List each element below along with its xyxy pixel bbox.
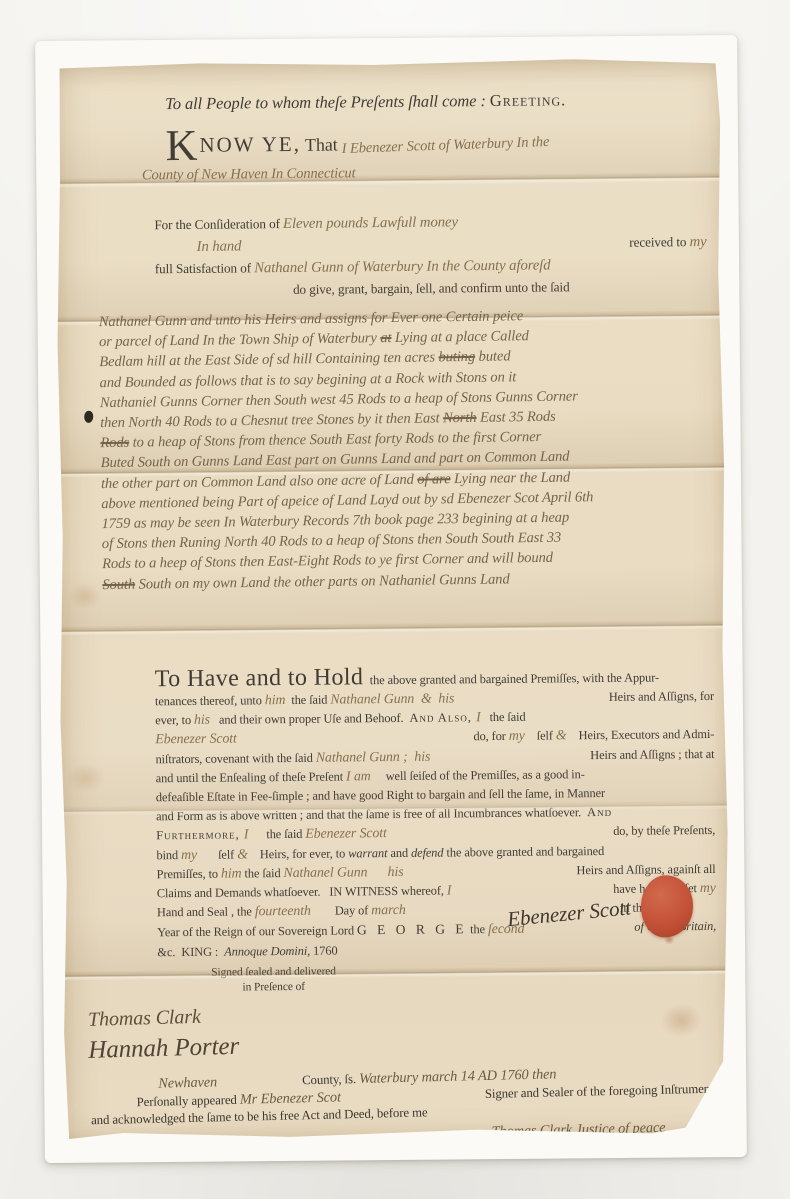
line-part: do, by theſe Preſents,	[613, 821, 715, 841]
fold-crease	[58, 620, 726, 636]
document-line: KNOW YE, That I Ebenezer Scott of Waterb…	[165, 123, 703, 165]
stain	[660, 1003, 702, 1037]
handwritten-text: Bedlam hill at the East Side of sd hill …	[99, 350, 438, 371]
printed-text: defend	[411, 845, 444, 859]
printed-text: To all People to whom theſe Preſents ſha…	[165, 91, 490, 113]
handwritten-text: march	[371, 903, 406, 918]
fold-crease	[62, 965, 730, 981]
line-part: Claims and Demands whatſoever. IN WITNES…	[157, 882, 452, 904]
printed-text: Premiſſes, to	[157, 867, 221, 882]
handwritten-text: South	[102, 576, 135, 592]
handwritten-text: buted	[475, 349, 511, 365]
printed-text: ſelf	[525, 729, 556, 743]
handwritten-text: East 35 Rods	[476, 409, 555, 426]
know-ye-line: KNOW YE, That I Ebenezer Scott of Waterb…	[165, 123, 704, 184]
handwritten-text: my	[509, 729, 525, 744]
printed-text: and their own proper Uſe and Behoof.	[210, 711, 410, 727]
printed-text: do, for	[473, 729, 508, 743]
handwritten-text: at	[380, 330, 391, 346]
line-part: do, for my ſelf & Heirs, Executors and A…	[473, 725, 714, 747]
deed-document: To all People to whom theſe Preſents ſha…	[53, 57, 731, 1141]
printed-text: do give, grant, bargain, ſell, and confi…	[293, 279, 570, 297]
handwritten-text: the other part on Common Land also one a…	[101, 471, 418, 491]
printed-text: bind	[156, 848, 181, 862]
printed-text: do, by theſe Preſents,	[613, 823, 715, 838]
printed-text: received to	[629, 234, 689, 250]
attestation-clause: Signed ſealed and delivered in Preſence …	[174, 964, 374, 996]
handwritten-text: him	[221, 866, 242, 881]
document-line: do give, grant, bargain, ſell, and confi…	[293, 275, 707, 300]
printed-text: and	[387, 846, 411, 860]
line-part: Premiſſes, to him the ſaid Nathanel Gunn…	[157, 863, 404, 885]
printed-text: the above granted and bargained	[443, 844, 604, 860]
handwritten-text: I am	[346, 769, 371, 784]
stain	[66, 763, 106, 793]
printed-text: &c. KING :	[157, 944, 224, 959]
handwritten-text: buting	[438, 349, 475, 366]
handwritten-text: my	[689, 234, 706, 250]
printed-text: the	[467, 923, 488, 937]
printed-text: Heirs, for ever, to	[248, 846, 348, 861]
printed-text: niſtrators, covenant with the ſaid	[155, 750, 315, 766]
handwritten-text: Nathanel Gunn his	[283, 865, 403, 881]
know-ye-caps: NOW YE,	[199, 132, 301, 157]
know-ye-that: That	[301, 134, 342, 154]
handwritten-text: him	[265, 693, 286, 708]
printed-text: Claims and Demands whatſoever. IN WITNES…	[157, 884, 447, 901]
printed-text: And Also,	[409, 710, 476, 725]
line-part: Hand and Seal , the fourteenth Day of ma…	[157, 901, 406, 923]
attestation-line: in Preſence of	[174, 979, 374, 996]
printed-text: the ſaid	[285, 693, 330, 707]
printed-text: 1760	[313, 943, 338, 957]
printed-text: G E O R G E	[357, 922, 467, 938]
printed-text	[217, 1084, 302, 1086]
handwritten-text: &	[556, 729, 567, 744]
printed-text: Hand and Seal , the	[157, 905, 255, 920]
printed-text: the ſaid	[480, 710, 525, 724]
printed-text: well ſeiſed of the Premiſſes, as a good …	[371, 767, 585, 783]
printed-text: tenances thereof, unto	[155, 693, 265, 708]
printed-text: County, ſs.	[302, 1072, 359, 1087]
printed-text: Perſonally appeared	[137, 1092, 240, 1108]
stain	[68, 583, 102, 609]
handwritten-text: Mr Ebenezer Scot	[240, 1089, 341, 1107]
ink-blot	[84, 411, 93, 423]
drop-cap: K	[165, 121, 199, 170]
handwritten-text: his	[194, 713, 210, 728]
handwritten-text: Ebenezer Scott	[155, 732, 237, 748]
printed-text: and Form as is above written ; and that …	[156, 805, 587, 823]
printed-text: Day of	[311, 903, 372, 918]
printed-text: Furthermore,	[156, 828, 244, 843]
printed-text: Year of the Reign of our Sovereign Lord	[157, 924, 357, 940]
document-section-consideration: For the Conſideration of Eleven pounds L…	[154, 209, 707, 301]
handwritten-text: my	[700, 881, 716, 896]
printed-text: ſelf	[197, 847, 237, 861]
handwritten-text: then North 40 Rods to a Chesnut tree Sto…	[100, 410, 443, 431]
line-part: Year of the Reign of our Sovereign Lord …	[157, 919, 524, 943]
handwritten-text: South on my own Land the other parts on …	[135, 571, 510, 592]
grantor-county-hand: County of New Haven In Connecticut	[142, 162, 704, 184]
handwritten-text: Lying at a place Called	[391, 328, 529, 346]
printed-text: To Have and to Hold	[155, 664, 370, 692]
document-section-land-description: Nathanel Gunn and unto his Heirs and ass…	[99, 304, 699, 595]
line-part: Heirs and Aſſigns, againſt all	[576, 860, 715, 881]
grantor-name-hand: I Ebenezer Scott of Waterbury In the	[341, 125, 550, 166]
printed-text: warrant	[348, 846, 387, 860]
printed-text: the above granted and bargained Premiſſe…	[370, 670, 659, 687]
printed-text: Heirs, Executors and Admi-	[567, 727, 715, 742]
printed-text: full Satisfaction of	[155, 260, 254, 276]
printed-text: Heirs and Aſſigns, againſt all	[576, 862, 715, 877]
witness-signature: Thomas Clark	[88, 1003, 309, 1032]
witness-signature: Hannah Porter	[88, 1031, 309, 1065]
printed-text: the ſaid	[248, 827, 305, 842]
line-part: Heirs and Aſſigns ; that at	[590, 745, 714, 765]
handwritten-text: Eleven pounds Lawfull money	[283, 214, 458, 232]
handwritten-text: Rods	[100, 435, 129, 451]
printed-text: Annoque Domini,	[224, 943, 313, 958]
line-part: received to my	[629, 231, 707, 254]
printed-text: Heirs and Aſſigns, for	[609, 689, 714, 704]
handwritten-text: I	[447, 884, 452, 899]
line-part: Furthermore, I the ſaid Ebenezer Scott	[156, 825, 387, 846]
handwritten-text: fourteenth	[255, 904, 311, 920]
printed-text: the ſaid	[241, 866, 283, 880]
line-part: niſtrators, covenant with the ſaid Natha…	[155, 747, 430, 769]
document-section-header: To all People to whom theſe Preſents ſha…	[165, 88, 703, 115]
document-section-habendum: To Have and to Hold the above granted an…	[155, 665, 717, 962]
handwritten-text: Nathanel Gunn ; his	[316, 749, 431, 765]
printed-text: Greeting.	[490, 90, 567, 110]
handwritten-text: my	[181, 848, 197, 863]
printed-text: For the Conſideration of	[154, 216, 283, 232]
handwritten-text: North	[443, 410, 477, 426]
handwritten-text: Nathanel Gunn & his	[330, 691, 454, 707]
handwritten-text: &	[237, 847, 248, 862]
document-line: To all People to whom theſe Preſents ſha…	[165, 88, 703, 115]
printed-text: Heirs and Aſſigns ; that at	[590, 747, 714, 762]
line-part: Ebenezer Scott	[155, 730, 237, 750]
printed-text: Signer and Sealer of the foregoing Inſtr…	[485, 1081, 717, 1100]
handwritten-text: Nathanel Gunn of Waterbury In the County…	[254, 257, 551, 276]
handwritten-text: of are	[417, 471, 450, 487]
handwritten-text: Ebenezer Scott	[305, 827, 387, 843]
handwritten-text: Newhaven	[158, 1074, 217, 1091]
handwritten-text: Lying near the Land	[450, 469, 570, 487]
printed-text: ever, to	[155, 713, 194, 727]
printed-text: And	[587, 805, 612, 819]
handwritten-text: In hand	[197, 238, 242, 254]
line-part: In hand	[155, 235, 242, 258]
handwritten-text: or parcel of Land In the Town Ship of Wa…	[99, 330, 381, 350]
printed-text: and until the Enſealing of theſe Preſent	[156, 769, 346, 785]
printed-text: defeaſible Eſtate in Fee-ſimple ; and ha…	[156, 786, 605, 804]
line-part: Heirs and Aſſigns, for	[609, 687, 714, 707]
